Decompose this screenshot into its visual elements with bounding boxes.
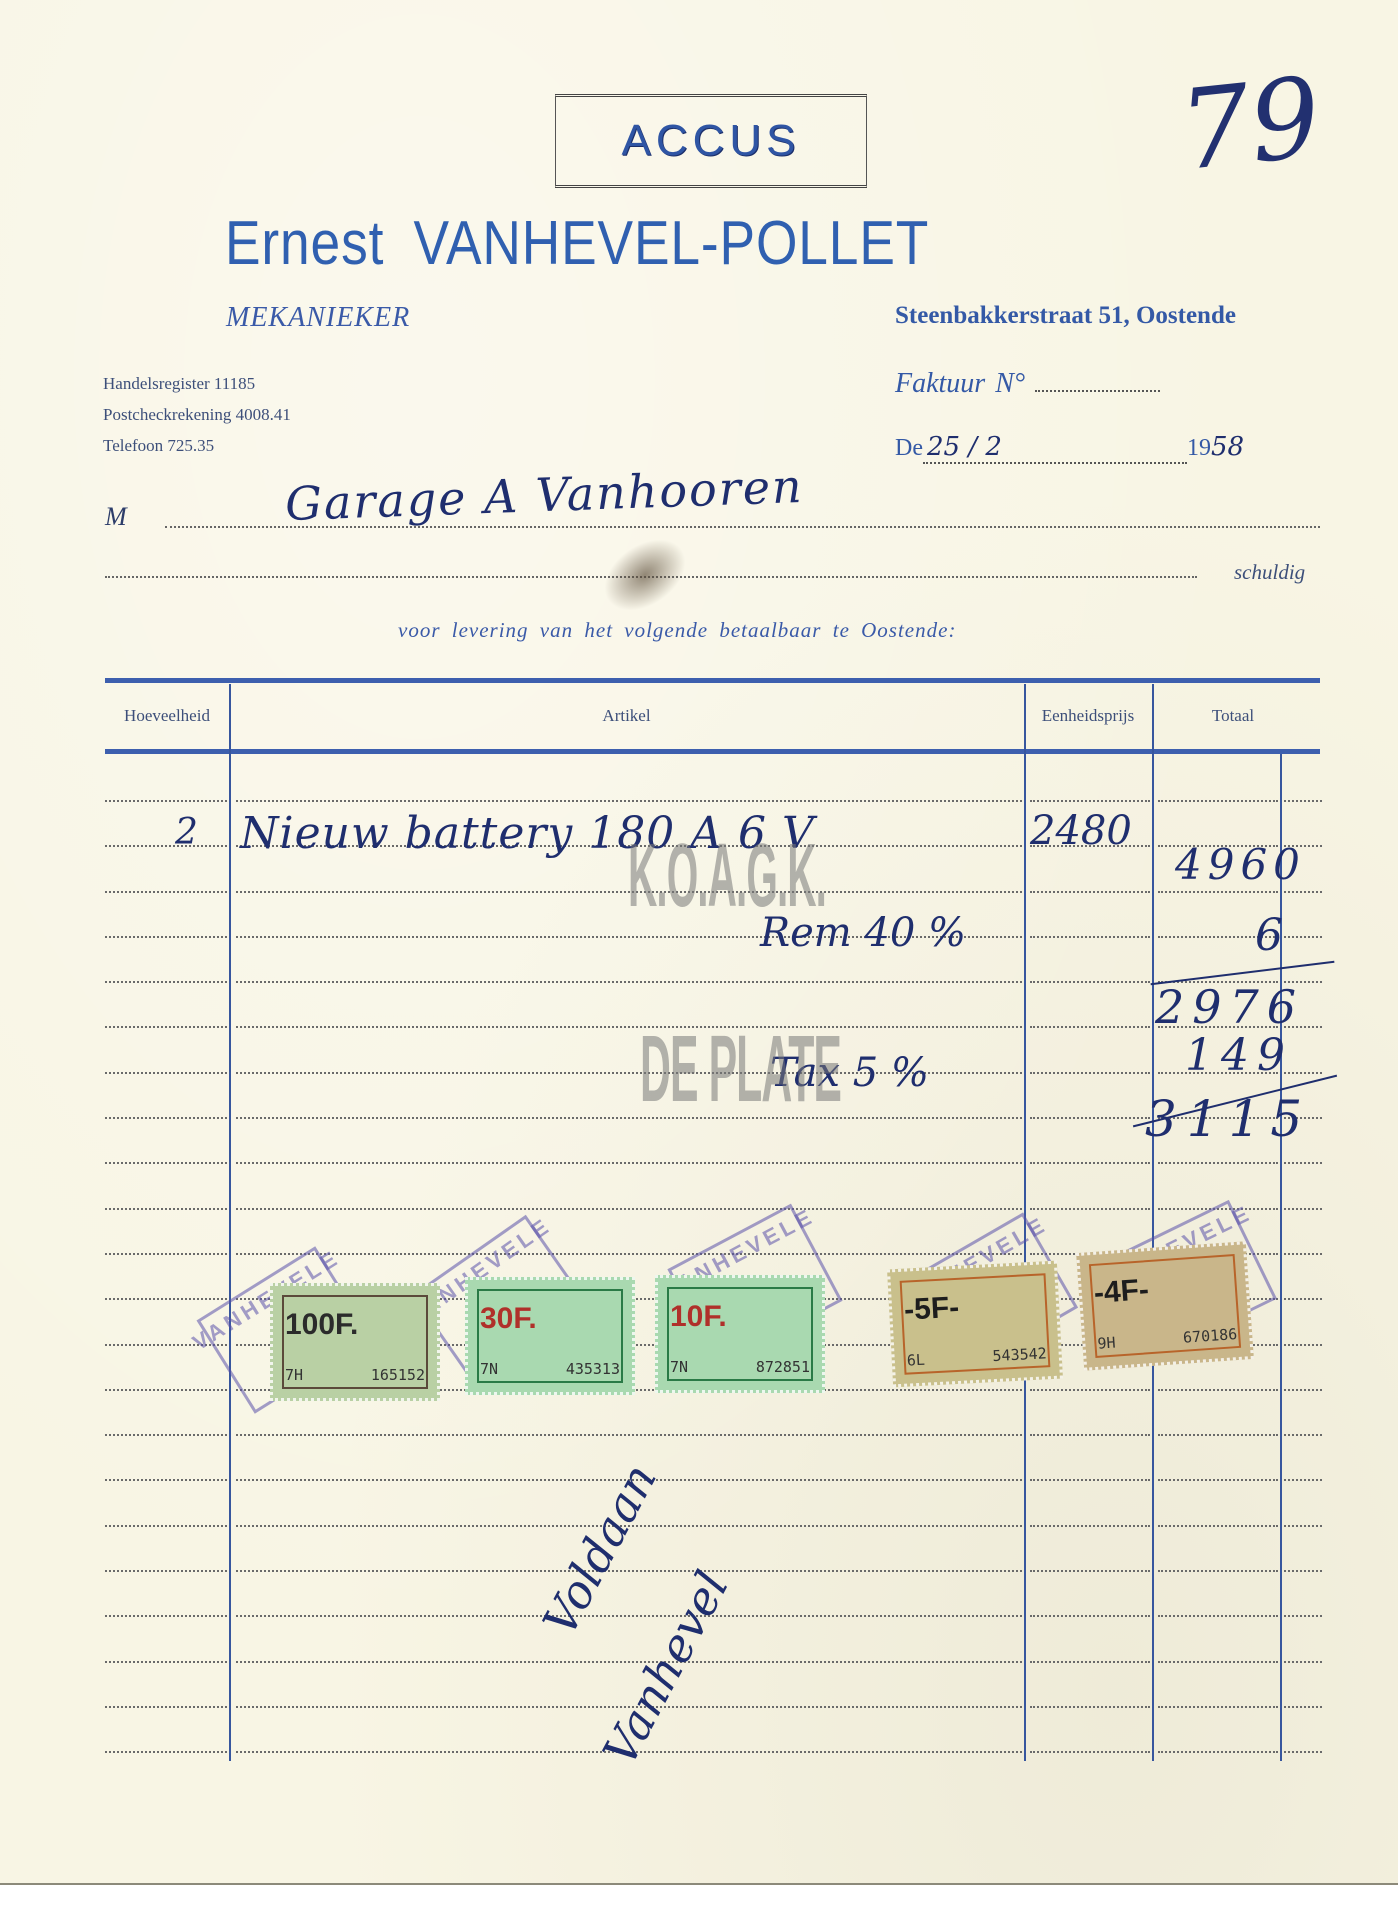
invoice-number-field[interactable] <box>1035 390 1160 392</box>
date-value[interactable]: 25 / 2 <box>923 432 1187 464</box>
ruled-row-line <box>105 1253 227 1255</box>
stamp-4f: -4F- 9H670186 <box>1076 1241 1254 1371</box>
row-1-quantity: 2 <box>175 812 198 853</box>
product-box: ACCUS <box>555 94 867 188</box>
ruled-row-line <box>1030 981 1150 983</box>
ruled-row-line <box>105 1570 227 1572</box>
ruled-row-line <box>1030 1615 1150 1617</box>
delivery-terms: voor levering van het volgende betaalbaa… <box>398 618 956 643</box>
date-label: De <box>895 435 923 462</box>
ruled-row-line <box>1030 1479 1150 1481</box>
ruled-row-line <box>1158 1570 1278 1572</box>
company-name: ErnestVANHEVEL-POLLET <box>225 208 929 279</box>
ruled-row-line <box>236 1208 1022 1210</box>
company-address: Steenbakkerstraat 51, Oostende <box>895 302 1236 330</box>
stamp-serial-row: 7N435313 <box>480 1360 620 1378</box>
ruled-row-line <box>236 800 1022 802</box>
watermark-koagk: K.O.A.G.K. <box>628 825 826 928</box>
stamp-10f: 10F. 7N872851 <box>655 1275 825 1393</box>
ruled-row-line <box>1284 1661 1322 1663</box>
stamp-serial: 670186 <box>1182 1325 1237 1347</box>
ruled-row-line <box>1030 891 1150 893</box>
ruled-row-line <box>105 1525 227 1527</box>
ruled-row-line <box>1030 1525 1150 1527</box>
column-divider-1 <box>229 684 231 1761</box>
ruled-row-line <box>1284 1615 1322 1617</box>
ruled-row-line <box>105 1479 227 1481</box>
ruled-row-line <box>1158 1615 1278 1617</box>
profession: MEKANIEKER <box>226 302 410 334</box>
ruled-row-line <box>105 1072 227 1074</box>
ruled-row-line <box>105 800 227 802</box>
ruled-row-line <box>1030 1434 1150 1436</box>
ruled-row-line <box>1284 1389 1322 1391</box>
year-prefix: 19 <box>1187 435 1211 462</box>
stamp-series: 9H <box>1097 1334 1116 1353</box>
owes-label: schuldig <box>1234 560 1305 585</box>
ruled-row-line <box>1030 1162 1150 1164</box>
ruled-row-line <box>105 845 227 847</box>
ruled-row-line <box>236 981 1022 983</box>
column-header-unit-price: Eenheidsprijs <box>1025 706 1151 726</box>
column-header-article: Artikel <box>230 706 1023 726</box>
column-header-quantity: Hoeveelheid <box>106 706 228 726</box>
invoice-paper: 79 ACCUS ErnestVANHEVEL-POLLET MEKANIEKE… <box>0 0 1398 1885</box>
stamp-series: 7N <box>670 1358 688 1376</box>
ruled-row-line <box>105 1208 227 1210</box>
ruled-row-line <box>1284 1208 1322 1210</box>
ruled-row-line <box>1284 1162 1322 1164</box>
stamp-serial: 165152 <box>371 1366 425 1384</box>
ruled-row-line <box>105 981 227 983</box>
ruled-row-line <box>1030 1706 1150 1708</box>
stamp-30f: 30F. 7N435313 <box>465 1277 635 1395</box>
ruled-row-line <box>1158 891 1278 893</box>
table-top-rule <box>105 678 1320 683</box>
ruled-row-line <box>1158 1706 1278 1708</box>
ruled-row-line <box>105 1117 227 1119</box>
ruled-row-line <box>1284 1344 1322 1346</box>
number-label: N° <box>995 368 1025 400</box>
ruled-row-line <box>1030 936 1150 938</box>
ruled-row-line <box>1284 1434 1322 1436</box>
faktuur-label: Faktuur <box>895 368 985 400</box>
ruled-row-line <box>1030 1570 1150 1572</box>
ruled-row-line <box>1158 1162 1278 1164</box>
ruled-row-line <box>105 1026 227 1028</box>
row-1-unit-price: 2480 <box>1030 808 1132 854</box>
ruled-row-line <box>1030 800 1150 802</box>
postcheckrekening: Postcheckrekening 4008.41 <box>103 405 291 425</box>
stamp-5f: -5F- 6L543542 <box>887 1261 1063 1388</box>
ruled-row-line <box>1158 800 1278 802</box>
ruled-row-line <box>1030 1751 1150 1753</box>
table-header-rule <box>105 749 1320 754</box>
stamp-value: 10F. <box>670 1300 727 1334</box>
ruled-row-line <box>105 1298 227 1300</box>
ruled-row-line <box>1284 1751 1322 1753</box>
column-header-total: Totaal <box>1153 706 1313 726</box>
stamp-series: 6L <box>906 1351 925 1370</box>
paid-signature: Vanhevel <box>592 1562 739 1774</box>
ruled-row-line <box>1030 1117 1150 1119</box>
row-7-total: 3115 <box>1145 1090 1312 1148</box>
product-box-label: ACCUS <box>621 116 800 166</box>
ruled-row-line <box>1158 1751 1278 1753</box>
ruled-row-line <box>236 1661 1022 1663</box>
ruled-row-line <box>1158 1525 1278 1527</box>
ink-smudge <box>591 525 699 626</box>
stamp-series: 7H <box>285 1366 303 1384</box>
ruled-row-line <box>1284 891 1322 893</box>
row-5-total: 149 <box>1185 1030 1293 1081</box>
ruled-row-line <box>1284 936 1322 938</box>
ruled-row-line <box>1284 1479 1322 1481</box>
stamp-serial: 435313 <box>566 1360 620 1378</box>
stamp-serial: 543542 <box>992 1344 1047 1365</box>
column-divider-cents <box>1280 754 1282 1761</box>
ruled-row-line <box>1284 1253 1322 1255</box>
stamp-serial-row: 7N872851 <box>670 1358 810 1376</box>
telefoon: Telefoon 725.35 <box>103 436 214 456</box>
ruled-row-line <box>105 936 227 938</box>
ruled-row-line <box>1284 1525 1322 1527</box>
watermark-de-plate: DE PLATE <box>640 1015 841 1124</box>
ruled-row-line <box>1030 1026 1150 1028</box>
ruled-row-line <box>1284 1706 1322 1708</box>
stamp-series: 7N <box>480 1360 498 1378</box>
handelsregister: Handelsregister 11185 <box>103 374 255 394</box>
ruled-row-line <box>1030 1208 1150 1210</box>
ruled-row-line <box>1030 1661 1150 1663</box>
customer-name[interactable]: Garage A Vanhooren <box>284 459 804 531</box>
stamp-serial: 872851 <box>756 1358 810 1376</box>
ruled-row-line <box>105 1389 227 1391</box>
ruled-row-line <box>236 1026 1022 1028</box>
ruled-row-line <box>236 1162 1022 1164</box>
ruled-row-line <box>105 1162 227 1164</box>
faktuur-line: Faktuur N° <box>895 368 1160 400</box>
ruled-row-line <box>1158 1661 1278 1663</box>
ruled-row-line <box>105 1434 227 1436</box>
row-2-total: 4960 <box>1175 840 1306 889</box>
ruled-row-line <box>236 1615 1022 1617</box>
ruled-row-line <box>1158 1434 1278 1436</box>
revenue-stamps: VANHEVELE VANHEVELE VANHEVELE VANHEVELE … <box>270 1255 1270 1425</box>
ruled-row-line <box>1284 1298 1322 1300</box>
ruled-row-line <box>105 1751 227 1753</box>
ruled-row-line <box>1030 1072 1150 1074</box>
customer-prefix: M <box>105 502 127 532</box>
stamp-value: 100F. <box>285 1308 358 1342</box>
year-suffix: 58 <box>1211 432 1244 462</box>
stamp-value: -5F- <box>903 1291 960 1328</box>
company-last-name: VANHEVEL-POLLET <box>414 209 930 278</box>
date-line: De 25 / 2 19 58 <box>895 432 1244 464</box>
ruled-row-line <box>105 1615 227 1617</box>
ruled-row-line <box>1284 800 1322 802</box>
ruled-row-line <box>236 1434 1022 1436</box>
row-3-total: 6 <box>1255 910 1283 961</box>
ruled-row-line <box>105 891 227 893</box>
stamp-100f: 100F. 7H165152 <box>270 1283 440 1401</box>
ruled-row-line <box>236 1117 1022 1119</box>
row-4-total: 2976 <box>1155 980 1304 1034</box>
stamp-serial-row: 7H165152 <box>285 1366 425 1384</box>
column-divider-3 <box>1152 684 1154 1761</box>
ruled-row-line <box>105 1661 227 1663</box>
ruled-row-line <box>1284 1570 1322 1572</box>
ruled-row-line <box>236 1570 1022 1572</box>
stamp-value: 30F. <box>480 1302 537 1336</box>
ruled-row-line <box>105 1706 227 1708</box>
ruled-row-line <box>1158 1479 1278 1481</box>
handwritten-reference-number: 79 <box>1174 53 1327 195</box>
company-first-name: Ernest <box>225 209 384 278</box>
stamp-value: -4F- <box>1093 1273 1150 1311</box>
